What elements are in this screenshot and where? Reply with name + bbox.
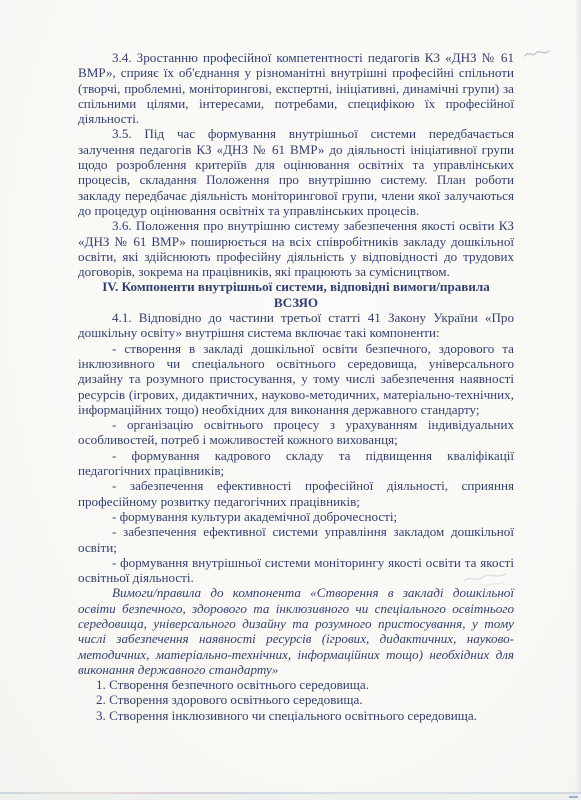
requirements-paragraph: Вимоги/правила до компонента «Створення …	[78, 585, 514, 677]
pencil-squiggle-mark	[523, 47, 551, 61]
paragraph-4-1: 4.1. Відповідно до частини третьої статт…	[78, 310, 514, 341]
scanned-document-page: 3.4. Зростанню професійної компетентност…	[0, 0, 581, 800]
section-iv-heading-abbreviation: ВСЗЯО	[78, 295, 514, 310]
scan-bottom-edge-area	[0, 794, 581, 800]
numbered-item-3: 3. Створення інклюзивного чи спеціальног…	[78, 708, 514, 723]
paragraph-3-6: 3.6. Положення про внутрішню систему заб…	[78, 218, 514, 279]
component-item-6: - забезпечення ефективної системи управл…	[78, 524, 514, 555]
component-item-2: - організацію освітнього процесу з ураху…	[78, 417, 514, 448]
smudge-mark	[456, 567, 514, 591]
component-item-7: - формування внутрішньої системи монітор…	[78, 555, 514, 586]
component-item-4: - забезпечення ефективності професійної …	[78, 478, 514, 509]
numbered-item-2: 2. Створення здорового освітнього середо…	[78, 692, 514, 707]
scan-right-edge-shadow	[575, 0, 581, 800]
section-iv-heading: IV. Компоненти внутрішньої системи, відп…	[78, 279, 514, 294]
component-item-5: - формування культури академічної доброч…	[78, 509, 514, 524]
paragraph-3-5: 3.5. Під час формування внутрішньої сист…	[78, 126, 514, 218]
component-item-1: - створення в закладі дошкільної освіти …	[78, 341, 514, 417]
scan-corner-tick	[569, 796, 578, 798]
paragraph-3-4: 3.4. Зростанню професійної компетентност…	[78, 50, 514, 126]
component-item-3: - формування кадрового складу та підвище…	[78, 448, 514, 479]
numbered-item-1: 1. Створення безпечного освітнього серед…	[78, 677, 514, 692]
document-body: 3.4. Зростанню професійної компетентност…	[78, 50, 514, 723]
